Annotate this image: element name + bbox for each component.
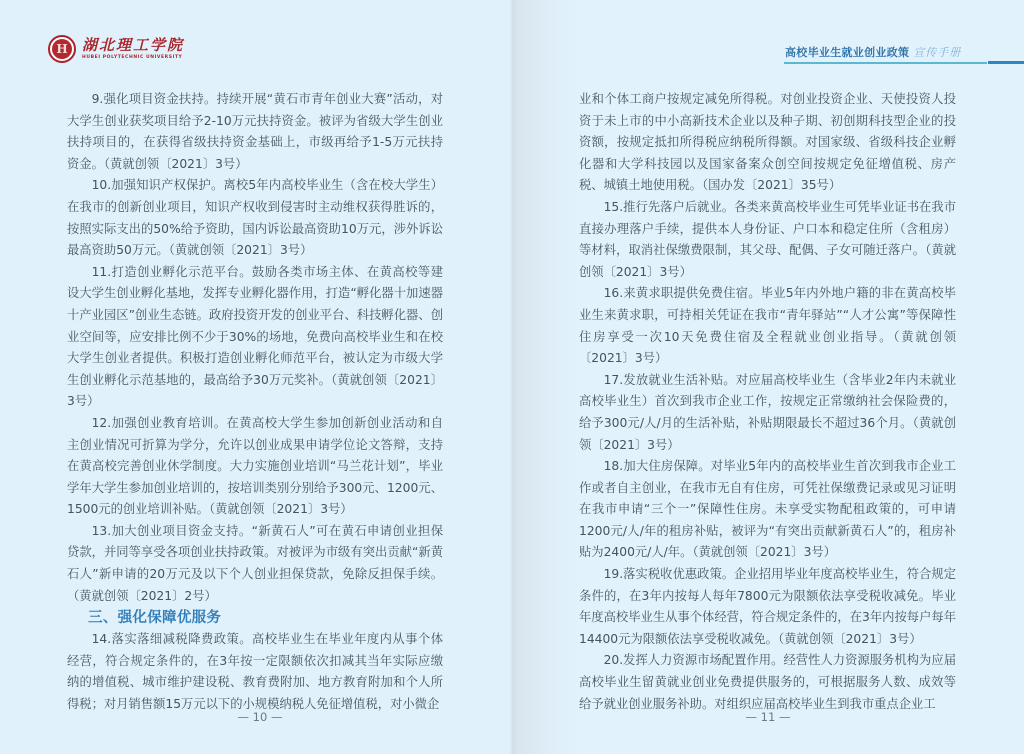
emblem-glyph: H: [56, 42, 67, 56]
policy-item-11: 11.打造创业孵化示范平台。鼓励各类市场主体、在黄高校等建设大学生创业孵化基地，…: [67, 262, 443, 413]
policy-item-12: 12.加强创业教育培训。在黄高校大学生参加创新创业活动和自主创业情况可折算为学分…: [67, 413, 443, 521]
book-spread: H 湖北理工学院 HUBEI POLYTECHNIC UNIVERSITY 9.…: [0, 0, 1024, 754]
university-name-en: HUBEI POLYTECHNIC UNIVERSITY: [82, 56, 184, 61]
section-heading: 三、强化保障优服务: [67, 607, 443, 629]
page-number: — 10 —: [0, 710, 520, 724]
university-logo: H 湖北理工学院 HUBEI POLYTECHNIC UNIVERSITY: [48, 35, 184, 63]
right-page: 高校毕业生就业创业政策宣传手册 业和个体工商户按规定减免所得税。对创业投资企业、…: [512, 0, 1024, 754]
left-page-body: 9.强化项目资金扶持。持续开展“黄石市青年创业大赛”活动，对大学生创业获奖项目给…: [67, 89, 443, 716]
header-rule: [784, 62, 987, 64]
policy-item-16: 16.来黄求职提供免费住宿。毕业5年内外地户籍的非在黄高校毕业生来黄求职，可持相…: [579, 283, 956, 369]
policy-item-20: 20.发挥人力资源市场配置作用。经营性人力资源服务机构为应届高校毕业生留黄就业创…: [579, 650, 956, 715]
left-page: H 湖北理工学院 HUBEI POLYTECHNIC UNIVERSITY 9.…: [0, 0, 512, 754]
logo-text: 湖北理工学院 HUBEI POLYTECHNIC UNIVERSITY: [82, 38, 184, 61]
policy-item-14-continued: 业和个体工商户按规定减免所得税。对创业投资企业、天使投资人投资于未上市的中小高新…: [579, 89, 956, 197]
university-emblem-icon: H: [48, 35, 76, 63]
policy-item-13: 13.加大创业项目资金支持。“新黄石人”可在黄石申请创业担保贷款，并同等享受各项…: [67, 521, 443, 607]
policy-item-9: 9.强化项目资金扶持。持续开展“黄石市青年创业大赛”活动，对大学生创业获奖项目给…: [67, 89, 443, 175]
policy-item-18: 18.加大住房保障。对毕业5年内的高校毕业生首次到我市企业工作或者自主创业，在我…: [579, 456, 956, 564]
header-rule-accent: [988, 61, 1024, 64]
right-page-body: 业和个体工商户按规定减免所得税。对创业投资企业、天使投资人投资于未上市的中小高新…: [579, 89, 956, 715]
university-name-cn: 湖北理工学院: [82, 38, 184, 53]
policy-item-10: 10.加强知识产权保护。离校5年内高校毕业生（含在校大学生）在我市的创新创业项目…: [67, 175, 443, 261]
policy-item-17: 17.发放就业生活补贴。对应届高校毕业生（含毕业2年内未就业高校毕业生）首次到我…: [579, 370, 956, 456]
running-header-title: 高校毕业生就业创业政策宣传手册: [785, 44, 961, 60]
header-title-text: 高校毕业生就业创业政策: [785, 46, 909, 59]
running-header: 高校毕业生就业创业政策宣传手册: [782, 42, 1024, 62]
header-script-subtitle: 宣传手册: [913, 46, 961, 59]
page-number: — 11 —: [512, 710, 1024, 724]
policy-item-14: 14.落实落细减税降费政策。高校毕业生在毕业年度内从事个体经营，符合规定条件的，…: [67, 629, 443, 715]
policy-item-15: 15.推行先落户后就业。各类来黄高校毕业生可凭毕业证书在我市直接办理落户手续，提…: [579, 197, 956, 283]
policy-item-19: 19.落实税收优惠政策。企业招用毕业年度高校毕业生，符合规定条件的，在3年内按每…: [579, 564, 956, 650]
